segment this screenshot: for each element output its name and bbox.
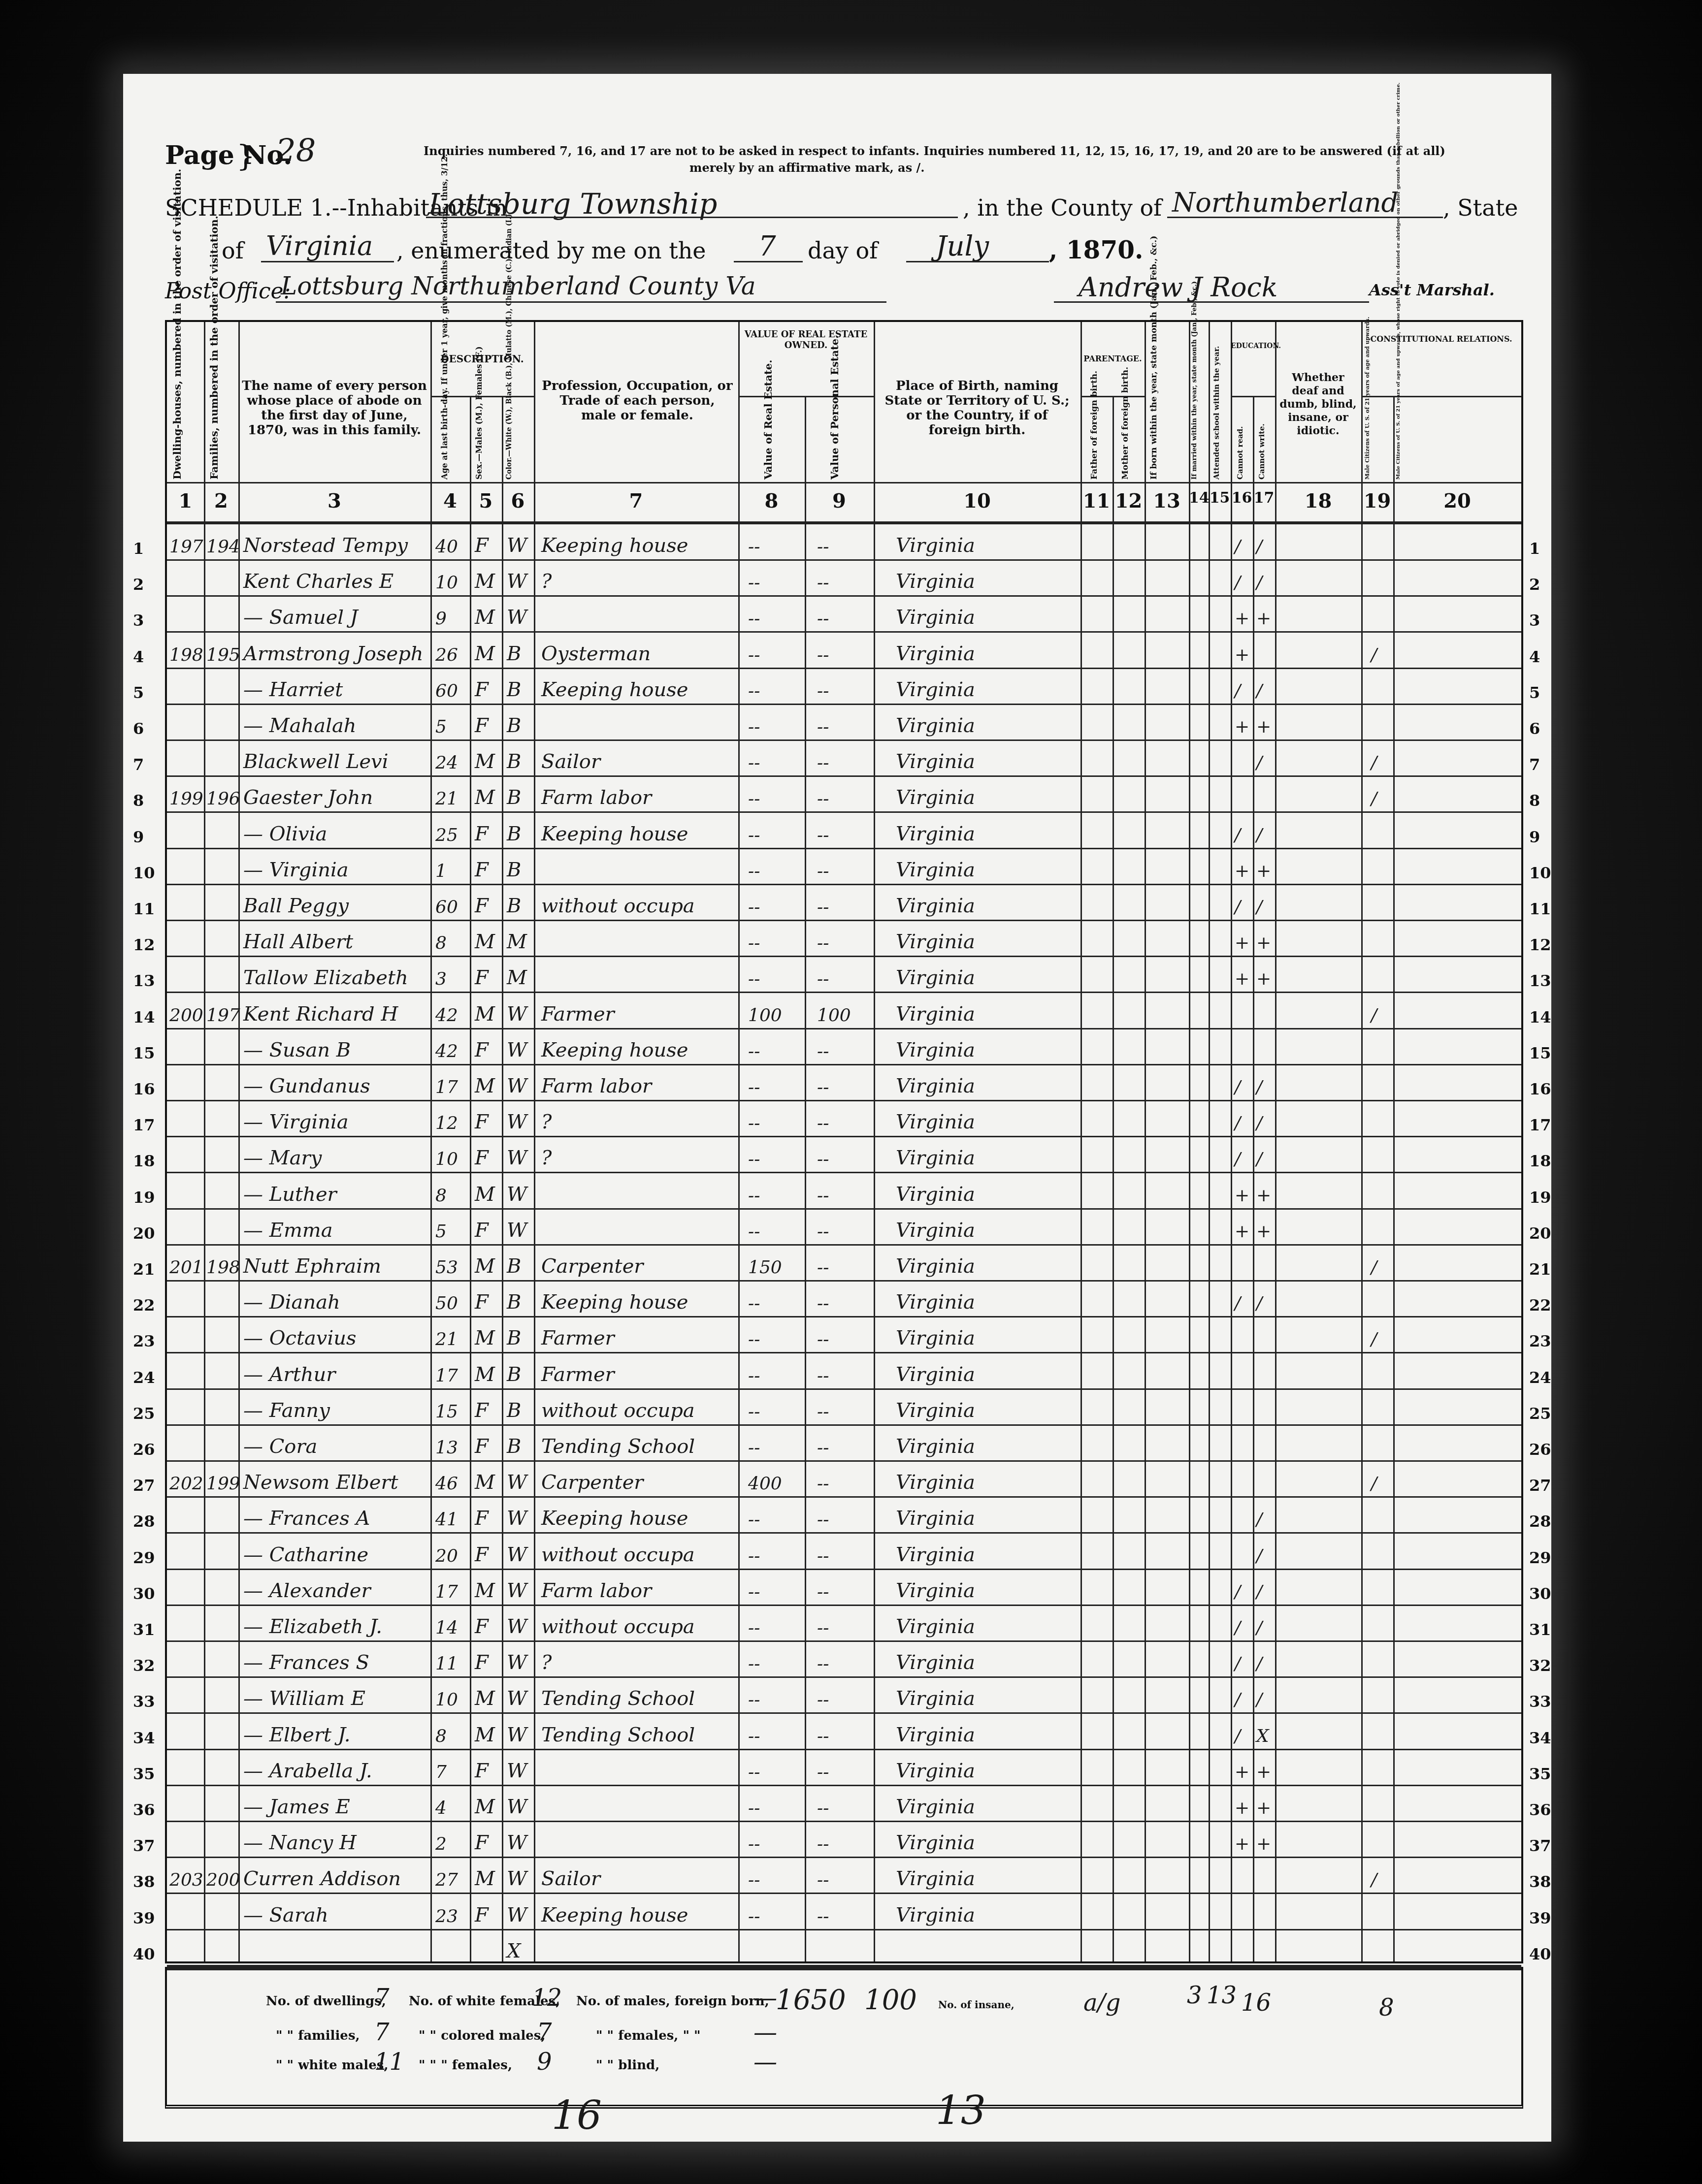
cell-c17: / [1256,681,1274,701]
cell-color: W [507,534,534,557]
cell-sex: F [475,859,502,881]
group-rule [1231,396,1275,397]
cell-occupation: without occupa [541,1543,738,1566]
cell-real: -- [748,717,802,737]
cell-age: 13 [435,1438,470,1458]
cell-age: 1 [435,861,470,881]
cell-age: 12 [435,1113,470,1133]
cell-age: 8 [435,933,470,953]
cell-age: 5 [435,717,470,737]
cell-age: 50 [435,1293,470,1314]
cell-dwelling: 198 [169,645,204,665]
cell-birthplace: Virginia [896,1471,1078,1494]
header-married-in-year: If married within the year, state month … [1191,332,1207,480]
line-number-left: 10 [133,864,155,882]
cell-sex: M [475,1183,502,1206]
line-number-left: 33 [133,1692,155,1711]
line-number-right: 24 [1529,1368,1551,1387]
cell-c17: / [1256,753,1274,773]
colnum: 13 [1145,489,1189,513]
cell-name: — Samuel J [243,606,430,629]
cell-c16: + [1235,1798,1252,1818]
cell-c16: + [1235,1762,1252,1782]
line-number-right: 13 [1529,971,1551,990]
cell-name: — Arabella J. [243,1760,430,1782]
cell-birthplace: Virginia [896,534,1078,557]
colnum: 2 [204,489,238,513]
state-underline [261,261,394,262]
cell-personal: -- [817,1366,871,1386]
header-cannot-read: Cannot read. [1235,401,1250,480]
cell-c16: + [1235,1186,1252,1206]
cell-c19: / [1371,1005,1391,1026]
header-birthplace: Place of Birth, naming State or Territor… [879,379,1076,438]
cell-sex: F [475,714,502,737]
cell-age: 8 [435,1726,470,1746]
line-number-right: 14 [1529,1008,1551,1027]
cell-sex: F [475,895,502,917]
colnum: 17 [1253,489,1275,507]
cell-real: -- [748,933,802,953]
cell-birthplace: Virginia [896,1796,1078,1818]
cell-sex: M [475,750,502,773]
cell-name: — Elbert J. [243,1724,430,1746]
line-number-right: 34 [1529,1729,1551,1747]
cell-family: 199 [206,1474,238,1494]
cell-name: — Mary [243,1147,430,1169]
cell-c17: + [1256,1798,1274,1818]
cell-birthplace: Virginia [896,931,1078,953]
colnum: 19 [1361,489,1393,513]
cell-real: -- [748,1041,802,1061]
colnum: 14 [1189,489,1209,507]
cell-color: W [507,1760,534,1782]
cell-c19: / [1371,753,1391,773]
cell-color: M [507,931,534,953]
cell-personal: -- [817,1870,871,1890]
header-sex: Sex.—Males (M.), Females (F.) [475,401,499,480]
table-row: 202199Newsom Elbert46MWCarpenter400--Vir… [167,1461,1521,1497]
cell-sex: M [475,1687,502,1710]
cell-occupation: without occupa [541,1399,738,1422]
cell-c17: + [1256,861,1274,881]
line-number-right: 39 [1529,1909,1551,1927]
table-row: — Elizabeth J.14FWwithout occupa----Virg… [167,1605,1521,1641]
table-row: — Elbert J.8MWTending School----Virginia… [167,1713,1521,1749]
line-number-left: 35 [133,1765,155,1783]
line-number-right: 17 [1529,1116,1551,1134]
cell-age: 7 [435,1762,470,1782]
line-number-right: 32 [1529,1656,1551,1675]
colored-males-count: 7 [537,2019,552,2046]
cell-c16: / [1235,1293,1252,1314]
cell-name: — Gundanus [243,1075,430,1097]
post-office-value: Lottsburg Northumberland County Va [281,272,756,300]
cell-occupation: Tending School [541,1724,738,1746]
cell-age: 46 [435,1474,470,1494]
cell-c17: / [1256,537,1274,557]
cell-name: — Catharine [243,1543,430,1566]
cell-age: 2 [435,1834,470,1854]
cell-family: 200 [206,1870,238,1890]
line-number-left: 23 [133,1332,155,1350]
table-row: — Mahalah5FB----Virginia++ [167,704,1521,740]
families-label: " " families, [276,2028,360,2043]
line-number-right: 12 [1529,935,1551,954]
line-number-right: 30 [1529,1584,1551,1603]
cell-age: 9 [435,609,470,629]
margin-note-16: 16 [552,2092,602,2138]
cell-real: -- [748,1329,802,1349]
line-number-right: 35 [1529,1765,1551,1783]
cell-personal: -- [817,897,871,917]
table-row: — James E4MW----Virginia++ [167,1785,1521,1821]
header-born-in-year: If born within the year, state month (Ja… [1149,332,1186,480]
header-rule [167,482,1521,483]
colnum: 11 [1080,489,1113,513]
cell-c17: / [1256,1546,1274,1566]
line-number-left: 14 [133,1008,155,1027]
cell-personal: -- [817,1329,871,1349]
line-number-left: 30 [133,1584,155,1603]
cell-personal: -- [817,645,871,665]
colnum: 18 [1275,489,1361,513]
header-value-group: VALUE OF REAL ESTATE OWNED. [741,329,871,351]
colnum: 5 [470,489,502,513]
colnum: 8 [738,489,805,513]
cell-sex: F [475,1435,502,1458]
table-row: — Olivia25FBKeeping house----Virginia// [167,812,1521,848]
cell-c16: / [1235,681,1252,701]
cell-name: — Alexander [243,1579,430,1602]
cell-age: 17 [435,1077,470,1097]
cell-dwelling: 203 [169,1870,204,1890]
cell-age: 4 [435,1798,470,1818]
cell-color: W [507,1219,534,1242]
cell-age: 60 [435,681,470,701]
cell-c17: + [1256,1762,1274,1782]
cell-name: Norstead Tempy [243,534,430,557]
cell-occupation: Keeping house [541,1904,738,1927]
header-cannot-write: Cannot write. [1256,401,1272,480]
cell-name: — Nancy H [243,1831,430,1854]
cell-sex: F [475,1291,502,1314]
line-number-right: 11 [1529,899,1551,918]
marshal-name: Andrew J Rock [1079,272,1277,303]
table-row: — Sarah23FWKeeping house----Virginia [167,1894,1521,1929]
line-number-right: 3 [1529,611,1540,630]
cell-birthplace: Virginia [896,823,1078,845]
dwellings-count: 7 [374,1984,390,2012]
table-row: — Dianah50FBKeeping house----Virginia// [167,1281,1521,1317]
header-parentage-group: PARENTAGE. [1082,352,1144,366]
cell-name: Kent Richard H [243,1003,430,1026]
cell-c19: / [1371,1474,1391,1494]
cell-sex: F [475,1507,502,1530]
line-number-right: 28 [1529,1512,1551,1531]
cell-occupation: Sailor [541,750,738,773]
cell-dwelling: 201 [169,1257,204,1278]
cell-c19: / [1371,1329,1391,1349]
cell-personal: -- [817,1510,871,1530]
cell-color: B [507,859,534,881]
cell-name: Kent Charles E [243,570,430,593]
day-value: 7 [758,230,776,262]
header-constitutional-group: CONSTITUTIONAL RELATIONS. [1364,334,1519,344]
line-number-left: 39 [133,1909,155,1927]
cell-personal: -- [817,933,871,953]
line-number-left: 40 [133,1945,155,1963]
colnum: 10 [874,489,1080,513]
cell-age: 21 [435,789,470,809]
cell-birthplace: Virginia [896,1255,1078,1278]
line-number-right: 7 [1529,755,1540,774]
line-number-right: 29 [1529,1548,1551,1567]
cell-name: — Arthur [243,1363,430,1386]
cell-color: M [507,966,534,989]
header-education-group: EDUCATION. [1231,342,1275,351]
cell-sex: F [475,823,502,845]
cell-color: B [507,1255,534,1278]
cell-family: 194 [206,537,238,557]
table-row: Kent Charles E10MW?----Virginia// [167,560,1521,596]
cell-sex: F [475,1111,502,1133]
line-number-right: 15 [1529,1044,1551,1062]
cell-c17: / [1256,1113,1274,1133]
cell-birthplace: Virginia [896,1831,1078,1854]
cell-occupation: Farmer [541,1327,738,1349]
cell-birthplace: Virginia [896,1435,1078,1458]
cell-birthplace: Virginia [896,1760,1078,1782]
table-row: — Nancy H2FW----Virginia++ [167,1821,1521,1857]
county-label: , in the County of [963,194,1162,221]
cell-real: -- [748,1726,802,1746]
cell-birthplace: Virginia [896,1867,1078,1890]
header-real-estate: Value of Real Estate. [763,401,787,480]
cell-color: W [507,1904,534,1927]
foreign-males-count: — [753,1984,777,2012]
cell-occupation: Keeping house [541,1039,738,1061]
cell-name: — Virginia [243,1111,430,1133]
header-male-citizens: Male Citizens of U. S. of 21 years of ag… [1365,401,1392,480]
cell-real: -- [748,609,802,629]
cell-personal: -- [817,1762,871,1782]
cell-name: Nutt Ephraim [243,1255,430,1278]
cell-birthplace: Virginia [896,1543,1078,1566]
cell-birthplace: Virginia [896,570,1078,593]
colnum: 7 [534,489,738,513]
table-row: X [167,1929,1521,1965]
table-row: — Mary10FW?----Virginia// [167,1136,1521,1172]
cell-c16: / [1235,573,1252,593]
cell-name: — Fanny [243,1399,430,1422]
cell-c19: / [1371,645,1391,665]
cell-family: 197 [206,1005,238,1026]
cell-birthplace: Virginia [896,1579,1078,1602]
instructions-line-2: merely by an affirmative mark, as /. [689,161,925,175]
cell-birthplace: Virginia [896,1904,1078,1927]
line-number-right: 25 [1529,1404,1551,1423]
cell-sex: M [475,1003,502,1026]
table-row: — Frances A41FWKeeping house----Virginia… [167,1497,1521,1533]
cell-name: — Sarah [243,1904,430,1927]
cell-c16: + [1235,645,1252,665]
cell-name: — Elizabeth J. [243,1615,430,1638]
cell-name: — Frances S [243,1651,430,1674]
cell-age: 10 [435,573,470,593]
cell-age: 42 [435,1005,470,1026]
cell-age: 24 [435,753,470,773]
line-number-left: 19 [133,1188,155,1207]
cell-dwelling: 200 [169,1005,204,1026]
cell-personal: -- [817,537,871,557]
cell-real: -- [748,1690,802,1710]
cell-sex: F [475,1831,502,1854]
cell-name: Hall Albert [243,931,430,953]
cell-birthplace: Virginia [896,1003,1078,1026]
cell-c17: / [1256,1690,1274,1710]
cell-personal: -- [817,1041,871,1061]
cell-personal: -- [817,1798,871,1818]
of-label: of [222,237,244,264]
cell-c16: + [1235,717,1252,737]
cell-color: W [507,1471,534,1494]
cell-name: — Virginia [243,859,430,881]
cell-age: 27 [435,1870,470,1890]
cell-personal: -- [817,1726,871,1746]
cell-age: 23 [435,1906,470,1927]
cell-real: -- [748,1834,802,1854]
cell-birthplace: Virginia [896,1399,1078,1422]
foreign-males-label: No. of males, foreign born, [576,1994,769,2009]
cell-sex: M [475,1796,502,1818]
header-disability: Whether deaf and dumb, blind, insane, or… [1277,371,1359,438]
cell-real: -- [748,537,802,557]
cell-age: 8 [435,1186,470,1206]
cell-birthplace: Virginia [896,1075,1078,1097]
header-family: Families, numbered in the order of visit… [209,332,236,480]
cell-c17: X [1256,1726,1274,1746]
cell-personal: -- [817,1690,871,1710]
cell-occupation: ? [541,570,738,593]
line-number-right: 4 [1529,647,1540,666]
cell-age: 41 [435,1510,470,1530]
cell-real: -- [748,573,802,593]
cell-age: 17 [435,1582,470,1602]
cell-c16: / [1235,1654,1252,1674]
colnum: 4 [430,489,470,513]
cell-real: -- [748,1510,802,1530]
cell-sex: F [475,1039,502,1061]
table-row: Tallow Elizabeth3FM----Virginia++ [167,956,1521,992]
cell-birthplace: Virginia [896,750,1078,773]
cell-occupation: Farm labor [541,1075,738,1097]
cell-occupation: Farm labor [541,786,738,809]
cell-color: B [507,1327,534,1349]
line-number-right: 23 [1529,1332,1551,1350]
line-number-right: 20 [1529,1224,1551,1243]
line-number-left: 7 [133,755,144,774]
cell-real: -- [748,645,802,665]
month-value: July [936,230,989,262]
cell-dwelling: 197 [169,537,204,557]
line-number-right: 8 [1529,791,1540,810]
post-office-label: Post Office: [165,279,291,304]
cell-personal: -- [817,1149,871,1169]
line-number-right: 10 [1529,864,1551,882]
cell-c17: / [1256,1293,1274,1314]
cell-real: -- [748,1618,802,1638]
table-row: — Frances S11FW?----Virginia// [167,1641,1521,1677]
cell-c16: / [1235,537,1252,557]
cell-real: -- [748,1221,802,1242]
cell-age: 21 [435,1329,470,1349]
cell-occupation: Keeping house [541,534,738,557]
line-number-left: 5 [133,683,144,702]
cell-age: 26 [435,645,470,665]
cell-sex: M [475,1255,502,1278]
cell-sex: F [475,1904,502,1927]
township-value: Lottsburg Township [428,187,718,221]
cell-birthplace: Virginia [896,714,1078,737]
line-number-right: 5 [1529,683,1540,702]
header-occupation: Profession, Occupation, or Trade of each… [541,379,733,423]
line-number-left: 6 [133,719,144,738]
blind-label: " " blind, [596,2058,659,2073]
line-number-left: 8 [133,791,144,810]
line-number-left: 3 [133,611,144,630]
cell-real: -- [748,1113,802,1133]
cell-c19: / [1371,789,1391,809]
cell-occupation: without occupa [541,1615,738,1638]
cell-c16: / [1235,1077,1252,1097]
cell-age: 25 [435,825,470,845]
cell-personal: -- [817,681,871,701]
line-number-left: 9 [133,828,144,846]
cell-family: 196 [206,789,238,809]
cell-personal: -- [817,1654,871,1674]
cell-personal: -- [817,1077,871,1097]
colnum: 6 [502,489,534,513]
cell-color: W [507,1111,534,1133]
cell-birthplace: Virginia [896,1363,1078,1386]
col16-total: 3 [1187,1982,1202,2009]
page-number-label: Page No. [165,140,292,170]
cell-name: Armstrong Joseph [243,642,430,665]
cell-sex: F [475,1399,502,1422]
cell-birthplace: Virginia [896,1291,1078,1314]
cell-occupation: Keeping house [541,1507,738,1530]
cell-c16: / [1235,1113,1252,1133]
cell-sex: M [475,1327,502,1349]
cell-c16: + [1235,969,1252,989]
cell-personal: -- [817,753,871,773]
table-row: Ball Peggy60FBwithout occupa----Virginia… [167,884,1521,920]
page-number: 28 [276,133,316,169]
cell-color: W [507,570,534,593]
cell-c16: + [1235,1834,1252,1854]
header-age: Age at last birth-day. If under 1 year, … [440,401,467,480]
cell-color: B [507,786,534,809]
line-number-left: 1 [133,539,144,558]
cell-occupation: Farmer [541,1003,738,1026]
cell-real: -- [748,1870,802,1890]
cell-real: -- [748,1366,802,1386]
cell-color: W [507,1687,534,1710]
line-number-left: 32 [133,1656,155,1675]
cell-age: 10 [435,1690,470,1710]
colored-females-count: 9 [537,2048,552,2076]
